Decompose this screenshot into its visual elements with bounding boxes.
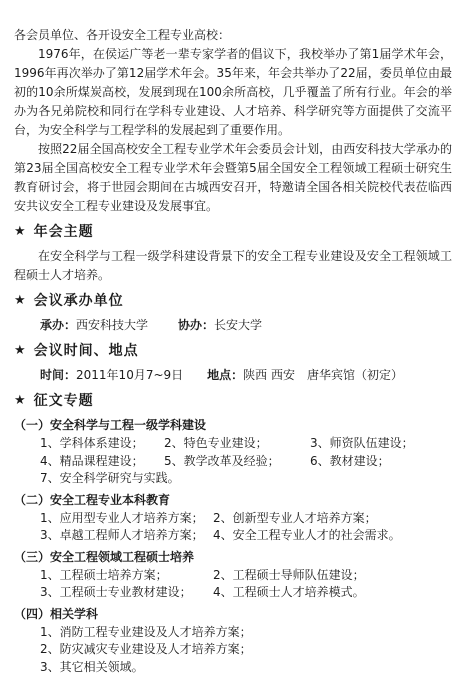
time-value: 2011年10月7~9日	[76, 368, 183, 382]
topic-item: 3、卓越工程师人才培养方案；	[40, 527, 213, 545]
host-value: 西安科技大学	[76, 318, 148, 332]
topic-item-list: 1、应用型专业人才培养方案； 2、创新型专业人才培养方案； 3、卓越工程师人才培…	[14, 510, 452, 545]
topic-item: 3、工程硕士专业教材建设；	[40, 584, 213, 602]
topic-item: 3、师资队伍建设；	[310, 435, 452, 453]
invitation-paragraph: 按照22届全国高校安全工程专业学术年会委员会计划，由西安科技大学承办的第23届全…	[14, 140, 452, 216]
document-page: 各会员单位、各开设安全工程专业高校： 1976年，在侯运广等老一辈专家学者的倡议…	[0, 0, 467, 673]
star-icon: ★	[14, 224, 27, 239]
topic-group-heading: （三）安全工程领域工程硕士培养	[14, 548, 452, 567]
topic-item-list: 1、消防工程专业建设及人才培养方案； 2、防灾减灾专业建设及人才培养方案； 3、…	[14, 624, 452, 673]
schedule-line: 时间：2011年10月7~9日地点：陕西 西安 唐华宾馆（初定）	[14, 366, 452, 385]
section-heading-theme: ★年会主题	[14, 222, 452, 243]
place-label: 地点：	[207, 368, 243, 382]
time-label: 时间：	[40, 368, 76, 382]
section-title: 征文专题	[34, 393, 94, 409]
topic-item: 1、学科体系建设；	[40, 435, 164, 453]
topic-item-list: 1、学科体系建设； 2、特色专业建设； 3、师资队伍建设； 4、精品课程建设； …	[14, 435, 452, 488]
topic-group-4: （四）相关学科 1、消防工程专业建设及人才培养方案； 2、防灾减灾专业建设及人才…	[14, 605, 452, 673]
topic-group-1: （一）安全科学与工程一级学科建设 1、学科体系建设； 2、特色专业建设； 3、师…	[14, 416, 452, 488]
section-heading-topics: ★征文专题	[14, 391, 452, 412]
place-value: 陕西 西安 唐华宾馆（初定）	[243, 368, 403, 382]
theme-body: 在安全科学与工程一级学科建设背景下的安全工程专业建设及安全工程领域工程硕士人才培…	[14, 247, 452, 285]
section-title: 会议承办单位	[34, 293, 124, 309]
host-label: 承办：	[40, 318, 76, 332]
cohost-label: 协办：	[178, 318, 214, 332]
topic-item: 2、特色专业建设；	[164, 435, 310, 453]
topic-group-2: （二）安全工程专业本科教育 1、应用型专业人才培养方案； 2、创新型专业人才培养…	[14, 491, 452, 545]
topic-item: 7、安全科学研究与实践。	[40, 470, 452, 488]
topic-item: 2、防灾减灾专业建设及人才培养方案；	[40, 641, 452, 659]
organizer-line: 承办：西安科技大学协办：长安大学	[14, 316, 452, 335]
cohost-value: 长安大学	[214, 318, 262, 332]
place-pair: 地点：陕西 西安 唐华宾馆（初定）	[207, 368, 403, 382]
host-pair: 承办：西安科技大学	[40, 318, 148, 332]
history-paragraph: 1976年，在侯运广等老一辈专家学者的倡议下，我校举办了第1届学术年会，1996…	[14, 45, 452, 140]
topic-item: 4、安全工程专业人才的社会需求。	[213, 527, 452, 545]
section-heading-schedule: ★会议时间、地点	[14, 341, 452, 362]
topic-group-heading: （一）安全科学与工程一级学科建设	[14, 416, 452, 435]
topic-item: 1、工程硕士培养方案；	[40, 567, 213, 585]
section-heading-organizer: ★会议承办单位	[14, 291, 452, 312]
topic-group-3: （三）安全工程领域工程硕士培养 1、工程硕士培养方案； 2、工程硕士导师队伍建设…	[14, 548, 452, 602]
topic-item: 2、工程硕士导师队伍建设；	[213, 567, 452, 585]
salutation-line: 各会员单位、各开设安全工程专业高校：	[14, 26, 452, 45]
topic-item: 6、教材建设；	[310, 453, 452, 471]
topic-group-heading: （二）安全工程专业本科教育	[14, 491, 452, 510]
topic-group-heading: （四）相关学科	[14, 605, 452, 624]
topic-item: 3、其它相关领域。	[40, 659, 452, 673]
topic-item: 5、教学改革及经验；	[164, 453, 310, 471]
cohost-pair: 协办：长安大学	[178, 318, 262, 332]
time-pair: 时间：2011年10月7~9日	[40, 368, 183, 382]
topic-item: 2、创新型专业人才培养方案；	[213, 510, 452, 528]
topic-item: 1、应用型专业人才培养方案；	[40, 510, 213, 528]
star-icon: ★	[14, 393, 27, 408]
topic-item: 4、精品课程建设；	[40, 453, 164, 471]
topic-item-list: 1、工程硕士培养方案； 2、工程硕士导师队伍建设； 3、工程硕士专业教材建设； …	[14, 567, 452, 602]
topic-item: 1、消防工程专业建设及人才培养方案；	[40, 624, 452, 642]
star-icon: ★	[14, 343, 27, 358]
topic-item: 4、工程硕士人才培养模式。	[213, 584, 452, 602]
star-icon: ★	[14, 293, 27, 308]
section-title: 年会主题	[34, 224, 94, 240]
section-title: 会议时间、地点	[34, 343, 139, 359]
